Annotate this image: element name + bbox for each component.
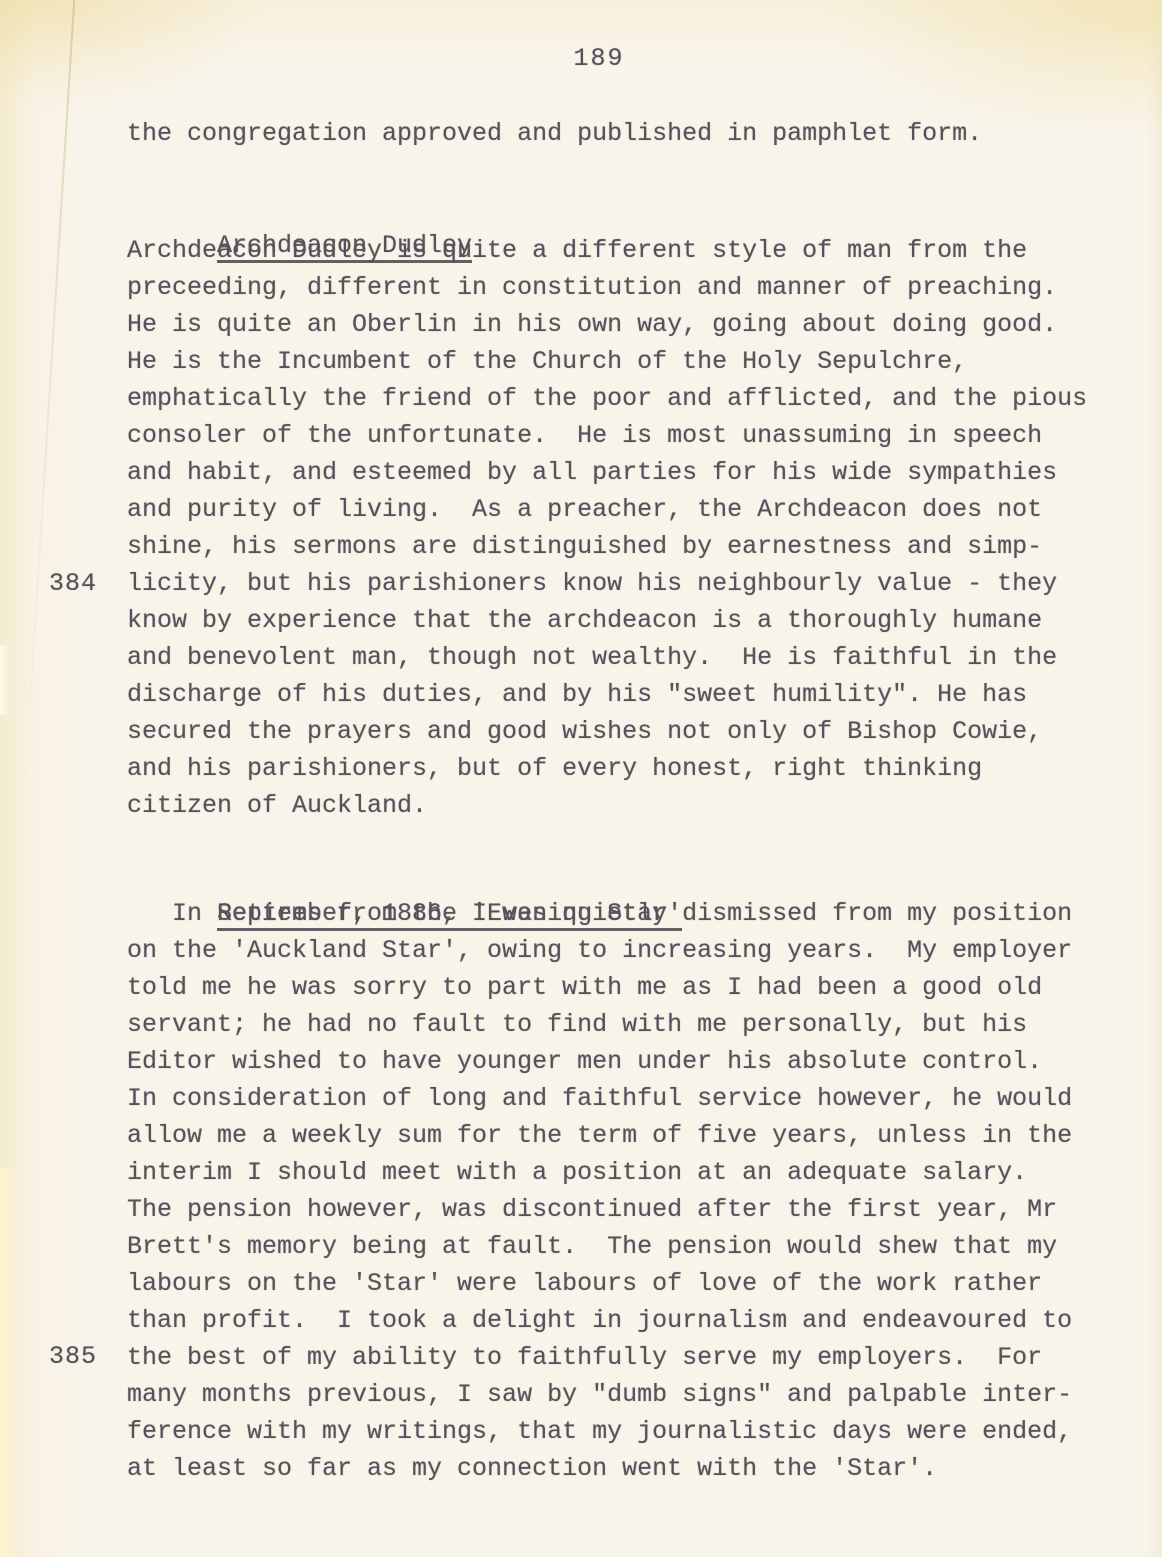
section-heading-archdeacon-dudley: Archdeacon Dudley [127, 190, 1107, 227]
typed-line: and benevolent man, though not wealthy. … [127, 639, 1107, 676]
typed-line: and purity of living. As a preacher, the… [127, 491, 1107, 528]
scanned-typescript-page: 189 384 385 the congregation approved an… [0, 0, 1162, 1557]
paper-edge-highlight [0, 645, 10, 715]
paragraph-retires-evening-star: In September, 1886, I was quietly dismis… [127, 895, 1107, 1487]
page-body: the congregation approved and published … [127, 115, 1107, 1487]
typed-line: consoler of the unfortunate. He is most … [127, 417, 1107, 454]
typed-line: interim I should meet with a position at… [127, 1154, 1107, 1191]
typed-line: He is quite an Oberlin in his own way, g… [127, 306, 1107, 343]
typed-line: allow me a weekly sum for the term of fi… [127, 1117, 1107, 1154]
typed-line: the best of my ability to faithfully ser… [127, 1339, 1107, 1376]
typed-line: discharge of his duties, and by his "swe… [127, 676, 1107, 713]
typed-line: Brett's memory being at fault. The pensi… [127, 1228, 1107, 1265]
typed-line: In September, 1886, I was quietly dismis… [127, 895, 1107, 932]
typed-line: and habit, and esteemed by all parties f… [127, 454, 1107, 491]
typed-line: shine, his sermons are distinguished by … [127, 528, 1107, 565]
typed-line: citizen of Auckland. [127, 787, 1107, 824]
typed-line: at least so far as my connection went wi… [127, 1450, 1107, 1487]
typed-line: labours on the 'Star' were labours of lo… [127, 1265, 1107, 1302]
typed-line: know by experience that the archdeacon i… [127, 602, 1107, 639]
typed-line: ference with my writings, that my journa… [127, 1413, 1107, 1450]
typed-line: Editor wished to have younger men under … [127, 1043, 1107, 1080]
intro-line: the congregation approved and published … [127, 115, 1107, 152]
typed-line: The pension however, was discontinued af… [127, 1191, 1107, 1228]
typed-line: preceeding, different in constitution an… [127, 269, 1107, 306]
typed-line: than profit. I took a delight in journal… [127, 1302, 1107, 1339]
margin-note-385: 385 [49, 1338, 97, 1375]
typed-line: many months previous, I saw by "dumb sig… [127, 1376, 1107, 1413]
typed-line: He is the Incumbent of the Church of the… [127, 343, 1107, 380]
paper-edge-strip [0, 1168, 18, 1557]
paper-crease-line [22, 0, 76, 816]
typed-line: In consideration of long and faithful se… [127, 1080, 1107, 1117]
typed-line: emphatically the friend of the poor and … [127, 380, 1107, 417]
section-heading-retires-evening-star: Retires from the 'Evening Star' [127, 858, 1107, 895]
typed-line: licity, but his parishioners know his ne… [127, 565, 1107, 602]
margin-note-384: 384 [49, 565, 97, 602]
page-number: 189 [0, 40, 1162, 77]
typed-line: secured the prayers and good wishes not … [127, 713, 1107, 750]
typed-line: told me he was sorry to part with me as … [127, 969, 1107, 1006]
typed-line: on the 'Auckland Star', owing to increas… [127, 932, 1107, 969]
typed-line: servant; he had no fault to find with me… [127, 1006, 1107, 1043]
paragraph-archdeacon-dudley: Archdeacon Dudley is quite a different s… [127, 232, 1107, 824]
typed-line: and his parishioners, but of every hones… [127, 750, 1107, 787]
typed-line: Archdeacon Dudley is quite a different s… [127, 232, 1107, 269]
